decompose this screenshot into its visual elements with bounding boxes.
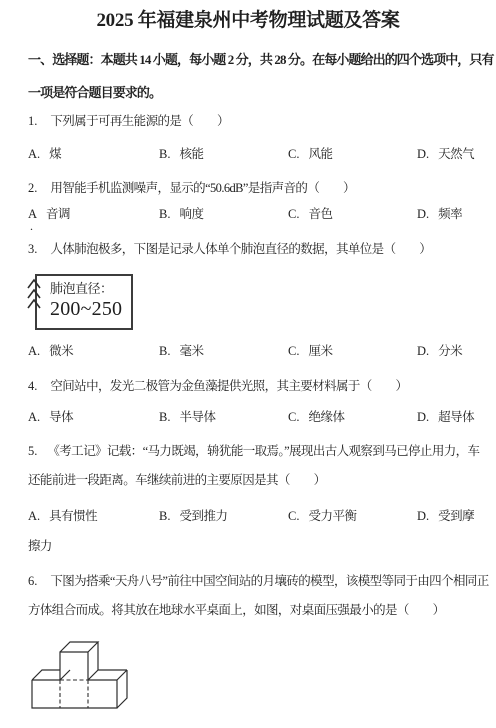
question-1-number: 1. [28,115,37,129]
question-1-options: A.煤 B.核能 C.风能 D.天然气 [0,148,496,163]
question-5-line-1: 5.《考工记》记载：“马力既竭，辀犹能一取焉。”展现出古人观察到马已停止用力，车 [28,445,479,459]
question-3-number: 3. [28,243,37,257]
stray-period-mark: . [30,220,33,232]
question-2-text: 用智能手机监测噪声，显示的“50.6dB”是指声音的（ ） [50,181,355,195]
question-5-options: A.具有惯性 B.受到推力 C.受力平衡 D.受到摩 [0,510,496,525]
option-1b: B.核能 [159,148,203,162]
alveoli-diameter-label: 肺泡直径： [50,282,113,296]
option-3b: B.毫米 [159,345,203,359]
question-5-number: 5. [28,445,37,459]
question-1-text: 下列属于可再生能源的是（ ） [50,114,229,128]
option-2d: D.频率 [417,208,462,222]
option-4c: C.绝缘体 [288,411,344,425]
question-5-line-2: 还能前进一段距离。车继续前进的主要原因是其（ ） [28,474,326,488]
exam-document-page: 2025 年福建泉州中考物理试题及答案 一、选择题：本题共 14 小题，每小题 … [0,0,496,728]
question-3: 3.人体肺泡极多，下图是记录人体单个肺泡直径的数据，其单位是（ ） [28,243,431,257]
page-title: 2025 年福建泉州中考物理试题及答案 [0,11,496,32]
option-5d: D.受到摩 [417,510,474,524]
option-1d: D.天然气 [417,148,474,162]
up-chevrons-icon [25,278,43,312]
question-4-text: 空间站中，发光二极管为金鱼藻提供光照，其主要材料属于（ ） [50,379,407,393]
section-heading-line-2: 一项是符合题目要求的。 [28,86,161,100]
option-3a: A.微米 [28,345,73,359]
option-2a: A音调 [28,208,70,222]
option-5c: C.受力平衡 [288,510,356,524]
alveoli-diameter-value: 200~250 [50,298,122,320]
option-2b: B.响度 [159,208,203,222]
option-5d-continuation: 擦力 [28,540,52,554]
option-2c: C.音色 [288,208,332,222]
alveoli-diameter-callout-box: 肺泡直径： 200~250 [35,274,133,330]
question-1: 1.下列属于可再生能源的是（ ） [28,115,229,129]
option-4b: B.半导体 [159,411,215,425]
question-2: 2.用智能手机监测噪声，显示的“50.6dB”是指声音的（ ） [28,182,355,196]
question-6-line-1: 6.下图为搭乘“天舟八号”前往中国空间站的月壤砖的模型，该模型等同于由四个相同正 [28,575,489,589]
question-4-number: 4. [28,380,37,394]
four-cube-model-figure [29,635,139,720]
option-4d: D.超导体 [417,411,474,425]
option-1a: A.煤 [28,148,61,162]
option-1c: C.风能 [288,148,332,162]
question-5-text-1: 《考工记》记载：“马力既竭，辀犹能一取焉。”展现出古人观察到马已停止用力，车 [47,444,479,458]
section-heading-line-1: 一、选择题：本题共 14 小题，每小题 2 分，共 28 分。在每小题给出的四个… [28,53,494,67]
question-4: 4.空间站中，发光二极管为金鱼藻提供光照，其主要材料属于（ ） [28,380,407,394]
option-3d: D.分米 [417,345,462,359]
option-5b: B.受到推力 [159,510,227,524]
question-2-number: 2. [28,182,37,196]
question-3-text: 人体肺泡极多，下图是记录人体单个肺泡直径的数据，其单位是（ ） [50,242,431,256]
question-6-text-1: 下图为搭乘“天舟八号”前往中国空间站的月壤砖的模型，该模型等同于由四个相同正 [50,574,488,588]
question-4-options: A.导体 B.半导体 C.绝缘体 D.超导体 [0,411,496,426]
question-6-number: 6. [28,575,37,589]
question-2-options: A音调 B.响度 C.音色 D.频率 [0,208,496,223]
option-5a: A.具有惯性 [28,510,97,524]
option-3c: C.厘米 [288,345,332,359]
option-4a: A.导体 [28,411,73,425]
question-3-options: A.微米 B.毫米 C.厘米 D.分米 [0,345,496,360]
question-6-line-2: 方体组合而成。将其放在地球水平桌面上，如图，对桌面压强最小的是（ ） [28,604,445,618]
